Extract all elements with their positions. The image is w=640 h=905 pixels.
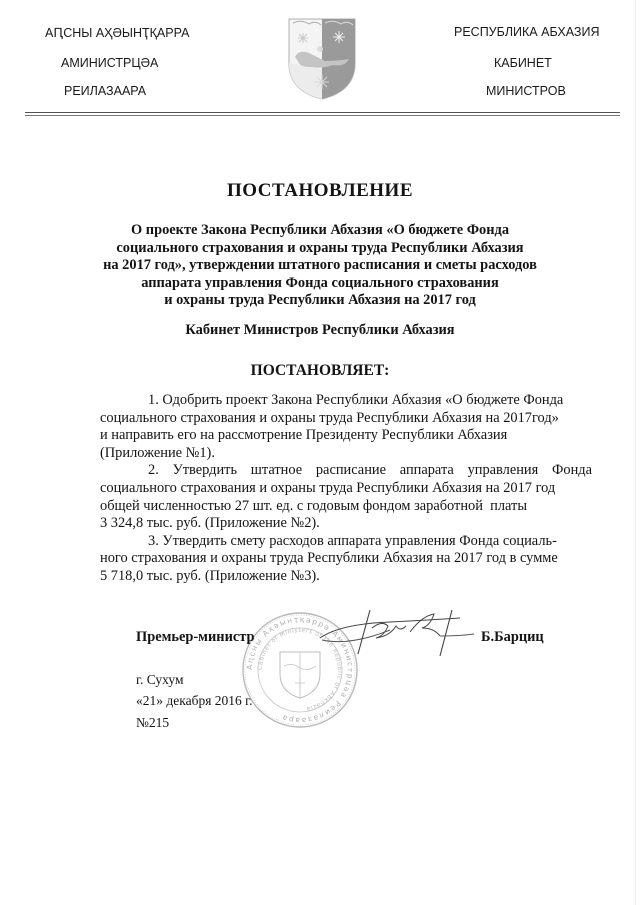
paragraph-line: 2. Утвердить штатное расписание аппарата…	[100, 462, 592, 480]
document-title: ПОСТАНОВЛЕНИЕ	[0, 180, 640, 202]
document-number: №215	[136, 715, 169, 731]
paragraph-line: ного страхования и охраны труда Республи…	[100, 550, 592, 568]
paragraph-line: (Приложение №1).	[100, 445, 592, 463]
scan-edge	[635, 0, 636, 905]
header-abkhaz-line-2: АМИНИСТРЦӘА	[61, 56, 158, 70]
header-rule-bottom	[25, 115, 620, 116]
paragraph-line: 3. Утвердить смету расходов аппарата упр…	[100, 533, 592, 551]
signatory-role: Премьер-министр	[136, 629, 255, 646]
paragraph-1: 1. Одобрить проект Закона Республики Абх…	[100, 392, 592, 462]
subject-line: на 2017 год», утверждении штатного распи…	[60, 257, 580, 275]
paragraph-line: социального страхования и охраны труда Р…	[100, 410, 592, 428]
paragraph-line: общей численностью 27 шт. ед. с годовым …	[100, 498, 592, 516]
paragraph-2: 2. Утвердить штатное расписание аппарата…	[100, 462, 592, 532]
header-russian-line-1: РЕСПУБЛИКА АБХАЗИЯ	[454, 25, 599, 39]
header-abkhaz-line-3: РЕИЛАЗААРА	[64, 84, 146, 98]
header-abkhaz-line-1: АԤСНЫ АҲӘЫНҬҚАРРА	[45, 25, 189, 40]
signatory-name: Б.Барциц	[481, 629, 544, 646]
paragraph-line: и направить его на рассмотрение Президен…	[100, 427, 592, 445]
paragraph-3: 3. Утвердить смету расходов аппарата упр…	[100, 533, 592, 586]
decree-word: ПОСТАНОВЛЯЕТ:	[0, 362, 640, 380]
date: «21» декабря 2016 г.	[136, 693, 253, 709]
handwritten-signature-icon	[310, 606, 485, 666]
decree-page: АԤСНЫ АҲӘЫНҬҚАРРА АМИНИСТРЦӘА РЕИЛАЗААРА…	[0, 0, 640, 905]
paragraph-line: 1. Одобрить проект Закона Республики Абх…	[100, 392, 592, 410]
header-russian-line-3: МИНИСТРОВ	[486, 84, 566, 98]
place: г. Сухум	[136, 672, 184, 688]
coat-of-arms-icon	[287, 17, 357, 101]
subject-line: социального страхования и охраны труда Р…	[60, 240, 580, 258]
header-russian-line-2: КАБИНЕТ	[494, 56, 552, 70]
paragraph-line: социального страхования и охраны труда Р…	[100, 480, 592, 498]
issuer: Кабинет Министров Республики Абхазия	[0, 322, 640, 339]
subject-line: и охраны труда Республики Абхазия на 201…	[60, 292, 580, 310]
subject-line: О проекте Закона Республики Абхазия «О б…	[60, 222, 580, 240]
subject-line: аппарата управления Фонда социального ст…	[60, 275, 580, 293]
document-body: 1. Одобрить проект Закона Республики Абх…	[100, 392, 592, 586]
paragraph-line: 5 718,0 тыс. руб. (Приложение №3).	[100, 568, 592, 586]
paragraph-line: 3 324,8 тыс. руб. (Приложение №2).	[100, 515, 592, 533]
header-rule-top	[25, 112, 620, 113]
document-subject: О проекте Закона Республики Абхазия «О б…	[60, 222, 580, 310]
